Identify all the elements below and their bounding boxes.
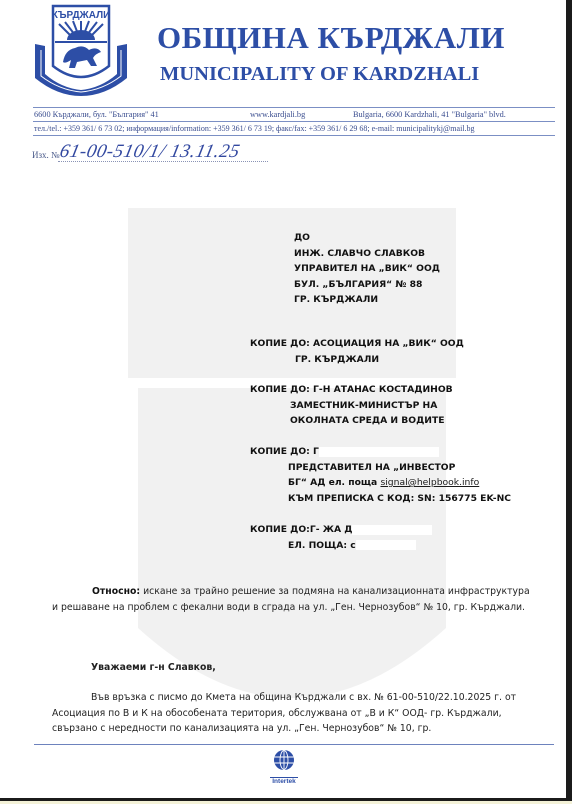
body-paragraph: Във връзка с писмо до Кмета на община Къ… [52,690,530,737]
redaction [356,540,416,550]
recipient-line: ГР. КЪРДЖАЛИ [294,292,440,308]
copy-recipient-1: КОПИЕ ДО: АСОЦИАЦИЯ НА „ВИК“ ООД ГР. КЪР… [250,336,464,367]
intertek-label: Intertek [267,778,301,785]
copy-name: Г-Н АТАНАС КОСТАДИНОВ [313,384,453,395]
copy-prefix: КОПИЕ ДО: [250,338,310,349]
copy-name-redacted: Г- ЖА Д [310,524,353,535]
contact-line: тел./tel.: +359 361/ 6 73 02; информация… [34,124,475,133]
reference-dotted-line [58,161,268,162]
redaction [352,525,432,535]
copy-recipient-4: КОПИЕ ДО:Г- ЖА Д ЕЛ. ПОЩА: с [250,522,432,553]
scan-edge-right [566,0,572,801]
footer-rule [34,744,554,745]
copy-recipient-2: КОПИЕ ДО: Г-Н АТАНАС КОСТАДИНОВ ЗАМЕСТНИ… [250,382,453,429]
subject-paragraph: Относно: искане за трайно решение за под… [52,584,530,615]
copy-prefix: КОПИЕ ДО: [250,446,310,457]
address-bg: 6600 Кърджали, бул. "България" 41 [34,110,159,119]
copy-line-redacted: ЕЛ. ПОЩА: с [288,540,356,551]
header-rule-bottom [33,135,555,136]
copy-line: ГР. КЪРДЖАЛИ [250,352,464,368]
reference-number-handwritten: 61-00-510/1/ 13.11.25 [58,141,242,163]
copy-name: АСОЦИАЦИЯ НА „ВИК“ ООД [313,338,464,349]
recipient-line: УПРАВИТЕЛ НА „ВИК“ ООД [294,261,440,277]
recipient-block: ДО ИНЖ. СЛАВЧО СЛАВКОВ УПРАВИТЕЛ НА „ВИК… [294,230,440,308]
kardzhali-crest-icon: КЪРДЖАЛИ [31,4,131,96]
header-rule-middle [33,121,555,122]
redaction [319,447,439,457]
copy-line: БГ“ АД ел. поща [288,477,377,488]
intertek-certification: Intertek [267,749,301,785]
reference-label: Изх. № [32,150,60,160]
svg-text:КЪРДЖАЛИ: КЪРДЖАЛИ [52,10,111,21]
recipient-line: ДО [294,230,440,246]
copy-prefix: КОПИЕ ДО: [250,524,310,535]
website-link[interactable]: www.kardjali.bg [250,110,305,119]
subject-label: Относно: [92,586,140,597]
copy-prefix: КОПИЕ ДО: [250,384,310,395]
copy-line: ОКОЛНАТА СРЕДА И ВОДИТЕ [250,413,453,429]
recipient-line: ИНЖ. СЛАВЧО СЛАВКОВ [294,246,440,262]
address-en: Bulgaria, 6600 Kardzhali, 41 "Bulgaria" … [353,110,506,119]
scan-edge-bottom [0,798,572,801]
globe-icon [273,749,295,771]
copy-line: ПРЕДСТАВИТЕЛ НА „ИНВЕСТОР [250,460,511,476]
copy-line: ЗАМЕСТНИК-МИНИСТЪР НА [250,398,453,414]
copy-recipient-3: КОПИЕ ДО: Г ПРЕДСТАВИТЕЛ НА „ИНВЕСТОР БГ… [250,444,511,506]
municipality-title-bg: ОБЩИНА КЪРДЖАЛИ [157,20,505,56]
copy-line: КЪМ ПРЕПИСКА С КОД: SN: 156775 EK-NC [250,491,511,507]
header-rule-top [33,107,555,108]
municipality-title-en: MUNICIPALITY OF KARDZHALI [160,63,479,86]
email-link[interactable]: signal@helpbook.info [380,477,479,488]
salutation: Уважаеми г-н Славков, [52,660,530,676]
letter-page: КЪРДЖАЛИ ОБЩИНА КЪРДЖАЛИ MUNICIPALITY OF… [0,0,566,798]
recipient-line: БУЛ. „БЪЛГАРИЯ“ № 88 [294,277,440,293]
